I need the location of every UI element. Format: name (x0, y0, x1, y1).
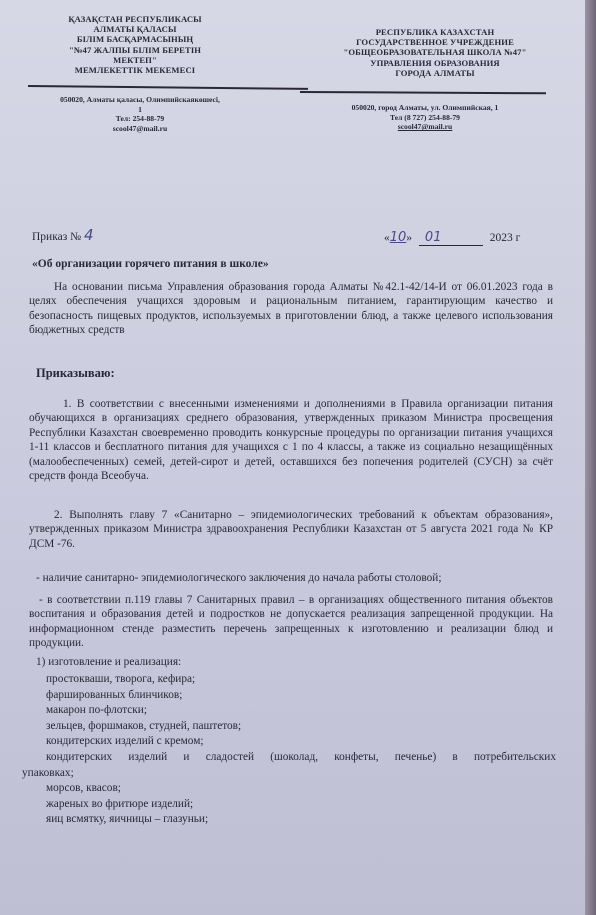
header-divider-left (28, 85, 308, 90)
order-number: Приказ № 4 (32, 226, 94, 244)
header-right-line: ГОСУДАРСТВЕННОЕ УЧРЕЖДЕНИЕ (300, 37, 570, 47)
list-item: фаршированных блинчиков; (46, 688, 556, 704)
list-item: морсов, квасов; (46, 781, 556, 797)
orders-heading: Приказываю: (36, 366, 115, 381)
page-edge-shadow (585, 0, 596, 915)
header-right-line: ГОРОДА АЛМАТЫ (300, 68, 570, 78)
address-line: 1 (30, 105, 250, 115)
list-item: яиц всмятку, яичницы – глазуньи; (46, 812, 556, 828)
bullet-text: - в соответствии п.119 главы 7 Санитарны… (29, 594, 553, 649)
address-line: 050020, Алматы қаласы, Олимпийскаякөшесі… (30, 95, 250, 105)
phone: Тел: 254-88-79 (30, 114, 250, 124)
list-item: кондитерских изделий и сладостей (шокола… (46, 750, 556, 766)
list-item: жареных во фритюре изделий; (46, 797, 556, 813)
order-item-1: 1. В соответствии с внесенными изменения… (29, 397, 553, 483)
list-item: простокваши, творога, кефира; (46, 672, 556, 688)
order-label: Приказ № (32, 231, 81, 243)
preamble-paragraph: На основании письма Управления образован… (29, 280, 553, 338)
header-left-line: МЕМЛЕКЕТТІК МЕКЕМЕСІ (45, 65, 225, 75)
address-line: 050020, город Алматы, ул. Олимпийская, 1 (300, 103, 550, 113)
order-date: «10» 01 2023 г (384, 230, 520, 246)
date-day: 10 (390, 230, 407, 245)
document-page: ҚАЗАҚСТАН РЕСПУБЛИКАСЫ АЛМАТЫ ҚАЛАСЫ БІЛ… (0, 0, 588, 915)
header-right-line: УПРАВЛЕНИЯ ОБРАЗОВАНИЯ (300, 58, 570, 68)
order-number-handwritten: 4 (84, 226, 94, 244)
date-quote-close: » (406, 232, 412, 244)
order-item-2: 2. Выполнять главу 7 «Санитарно – эпидем… (29, 508, 553, 551)
list-item-continuation: упаковках; (22, 766, 556, 782)
header-divider-right (300, 91, 546, 94)
date-month: 01 (419, 230, 483, 246)
header-left-line: АЛМАТЫ ҚАЛАСЫ (45, 24, 225, 34)
header-right-line: РЕСПУБЛИКА КАЗАХСТАН (300, 27, 570, 37)
header-right-line: "ОБЩЕОБРАЗОВАТЕЛЬНАЯ ШКОЛА №47" (300, 47, 570, 57)
header-left-line: "№47 ЖАЛПЫ БІЛІМ БЕРЕТІН (45, 45, 225, 55)
list-item: кондитерских изделий с кремом; (46, 734, 556, 750)
phone: Тел (8 727) 254-88-79 (300, 113, 550, 123)
header-left-line: МЕКТЕП" (45, 55, 225, 65)
header-left-org: ҚАЗАҚСТАН РЕСПУБЛИКАСЫ АЛМАТЫ ҚАЛАСЫ БІЛ… (45, 14, 225, 75)
date-year: 2023 г (490, 232, 521, 244)
header-left-address: 050020, Алматы қаласы, Олимпийскаякөшесі… (30, 95, 250, 133)
header-left-line: БІЛІМ БАСҚАРМАСЫНЫҢ (45, 34, 225, 44)
prohibited-items-list: простокваши, творога, кефира; фарширован… (46, 672, 556, 828)
list-item: зельцев, форшмаков, студней, паштетов; (46, 719, 556, 735)
bullet-prohibited-products: - в соответствии п.119 главы 7 Санитарны… (29, 593, 553, 651)
list-item: макарон по-флотски; (46, 703, 556, 719)
email: scool47@mail.ru (30, 124, 250, 134)
prohibited-list-heading: 1) изготовление и реализация: (36, 656, 181, 668)
bullet-sanitary-conclusion: - наличие санитарно- эпидемиологического… (36, 572, 441, 584)
header-right-address: 050020, город Алматы, ул. Олимпийская, 1… (300, 103, 550, 132)
header-left-line: ҚАЗАҚСТАН РЕСПУБЛИКАСЫ (45, 14, 225, 24)
header-right-org: РЕСПУБЛИКА КАЗАХСТАН ГОСУДАРСТВЕННОЕ УЧР… (300, 27, 570, 78)
order-title: «Об организации горячего питания в школе… (32, 258, 269, 270)
email-link[interactable]: scool47@mail.ru (300, 122, 550, 132)
